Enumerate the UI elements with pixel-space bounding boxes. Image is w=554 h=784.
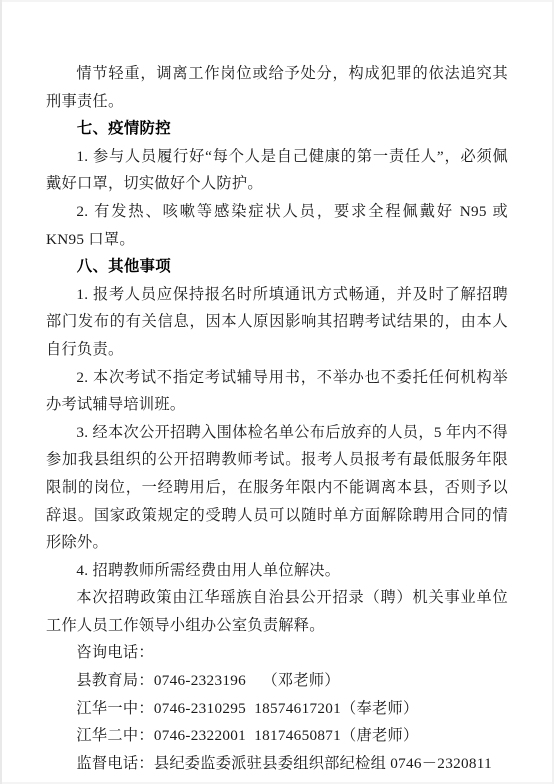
section8-paragraph-policy-interpretation: 本次招聘政策由江华瑶族自治县公开招录（聘）机关事业单位工作人员工作领导小组办公室… xyxy=(46,584,508,639)
section7-paragraph-1: 1. 参与人员履行好“每个人是自己健康的第一责任人”，必须佩戴好口罩，切实做好个… xyxy=(46,143,508,198)
document-body: 情节轻重，调离工作岗位或给予处分，构成犯罪的依法追究其刑事责任。 七、疫情防控 … xyxy=(46,60,508,777)
document-page: 情节轻重，调离工作岗位或给予处分，构成犯罪的依法追究其刑事责任。 七、疫情防控 … xyxy=(0,0,554,784)
contact-phones-label: 咨询电话： xyxy=(46,639,508,667)
contact-line-county-education-bureau: 县教育局：0746-2323196 （邓老师） xyxy=(46,667,508,695)
paragraph-continuation: 情节轻重，调离工作岗位或给予处分，构成犯罪的依法追究其刑事责任。 xyxy=(46,60,508,115)
section8-paragraph-4: 4. 招聘教师所需经费由用人单位解决。 xyxy=(46,557,508,585)
section7-paragraph-2: 2. 有发热、咳嗽等感染症状人员，要求全程佩戴好 N95 或 KN95 口罩。 xyxy=(46,198,508,253)
section8-paragraph-2: 2. 本次考试不指定考试辅导用书，不举办也不委托任何机构举办考试辅导培训班。 xyxy=(46,364,508,419)
contact-line-supervision-phone: 监督电话：县纪委监委派驻县委组织部纪检组 0746－2320811 xyxy=(46,750,508,778)
section8-paragraph-1: 1. 报考人员应保持报名时所填通讯方式畅通，并及时了解招聘部门发布的有关信息，因… xyxy=(46,281,508,364)
section8-paragraph-3: 3. 经本次公开招聘入围体检名单公布后放弃的人员，5 年内不得参加我县组织的公开… xyxy=(46,419,508,557)
section8-heading: 八、其他事项 xyxy=(46,253,508,281)
section7-heading: 七、疫情防控 xyxy=(46,115,508,143)
contact-line-jianghua-no2-middle-school: 江华二中：0746-2322001 18174650871（唐老师） xyxy=(46,722,508,750)
contact-line-jianghua-no1-middle-school: 江华一中：0746-2310295 18574617201（奉老师） xyxy=(46,695,508,723)
